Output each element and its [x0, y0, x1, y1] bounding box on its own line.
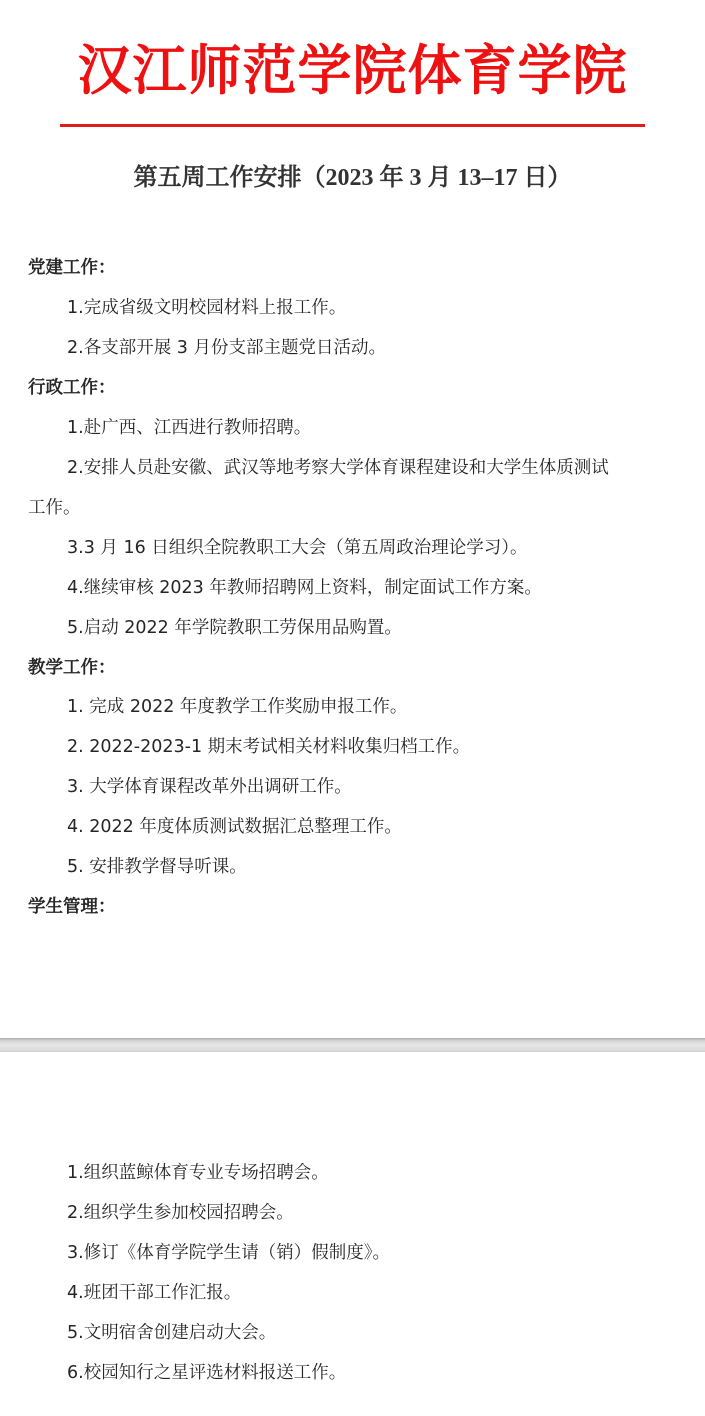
list-item: 2.各支部开展 3 月份支部主题党日活动。	[67, 336, 386, 360]
list-item: 3.修订《体育学院学生请（销）假制度》。	[67, 1241, 390, 1265]
document-page-1: 汉江师范学院体育学院 第五周工作安排（2023 年 3 月 13–17 日） 党…	[0, 0, 705, 1038]
list-item-continuation: 工作。	[28, 496, 81, 520]
section-heading-admin: 行政工作：	[28, 376, 116, 400]
list-item: 1.赴广西、江西进行教师招聘。	[67, 416, 311, 440]
list-item: 2.安排人员赴安徽、武汉等地考察大学体育课程建设和大学生体质测试	[67, 456, 609, 480]
list-item: 3.3 月 16 日组织全院教职工大会（第五周政治理论学习）。	[67, 536, 528, 560]
list-item: 1. 完成 2022 年度教学工作奖励申报工作。	[67, 695, 407, 719]
list-item: 5.启动 2022 年学院教职工劳保用品购置。	[67, 616, 402, 640]
list-item: 2.组织学生参加校园招聘会。	[67, 1201, 294, 1225]
list-item: 4.继续审核 2023 年教师招聘网上资料，制定面试工作方案。	[67, 576, 542, 600]
section-heading-students: 学生管理：	[28, 895, 116, 919]
list-item: 6.校园知行之星评选材料报送工作。	[67, 1361, 346, 1385]
page-break-separator	[0, 1038, 705, 1052]
section-heading-teaching: 教学工作：	[28, 656, 116, 680]
masthead-title: 汉江师范学院体育学院	[0, 38, 705, 102]
list-item: 1.完成省级文明校园材料上报工作。	[67, 296, 346, 320]
list-item: 5.文明宿舍创建启动大会。	[67, 1321, 276, 1345]
document-subtitle: 第五周工作安排（2023 年 3 月 13–17 日）	[0, 160, 705, 196]
list-item: 4. 2022 年度体质测试数据汇总整理工作。	[67, 815, 402, 839]
list-item: 2. 2022-2023-1 期末考试相关材料收集归档工作。	[67, 735, 470, 759]
list-item: 5. 安排教学督导听课。	[67, 855, 247, 879]
list-item: 4.班团干部工作汇报。	[67, 1281, 241, 1305]
list-item: 3. 大学体育课程改革外出调研工作。	[67, 775, 352, 799]
red-rule-divider	[60, 124, 645, 127]
section-heading-party: 党建工作：	[28, 256, 116, 280]
list-item: 1.组织蓝鲸体育专业专场招聘会。	[67, 1161, 329, 1185]
document-page-2: 1.组织蓝鲸体育专业专场招聘会。 2.组织学生参加校园招聘会。 3.修订《体育学…	[0, 1052, 705, 1416]
